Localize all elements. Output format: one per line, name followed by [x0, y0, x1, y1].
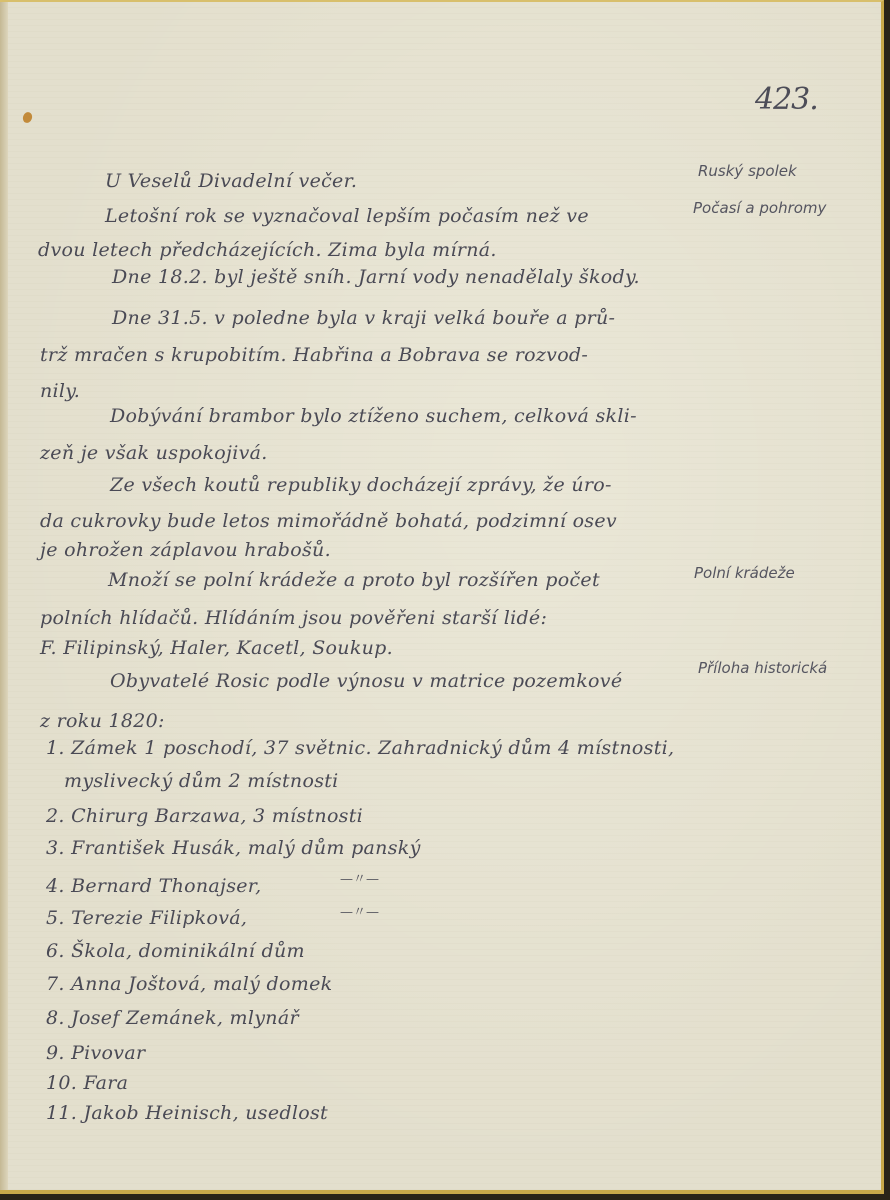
body-line: Dne 31.5. v poledne byla v kraji velká b…	[112, 307, 615, 329]
page-spine-edge	[0, 2, 8, 1190]
body-line: Dobývání brambor bylo ztíženo suchem, ce…	[110, 405, 637, 427]
body-line: z roku 1820:	[40, 710, 165, 732]
body-line: zeň je však uspokojivá.	[40, 442, 268, 464]
body-line: trž mračen s krupobitím. Habřina a Bobra…	[40, 344, 588, 366]
list-item: 6. Škola, dominikální dům	[46, 940, 305, 962]
body-line: je ohrožen záplavou hrabošů.	[40, 539, 331, 561]
margin-note-priloha-historicka: Příloha historická	[698, 659, 827, 677]
body-line: da cukrovky bude letos mimořádně bohatá,…	[40, 510, 617, 532]
body-line: Množí se polní krádeže a proto byl rozší…	[108, 569, 600, 591]
list-item: 3. František Husák, malý dům panský	[46, 837, 421, 859]
ink-stain	[21, 111, 33, 124]
body-line: polních hlídačů. Hlídáním jsou pověřeni …	[40, 607, 547, 629]
body-line: dvou letech předcházejících. Zima byla m…	[38, 239, 497, 261]
list-item: 1. Zámek 1 poschodí, 37 světnic. Zahradn…	[46, 737, 674, 759]
ditto-mark: —〃—	[340, 868, 379, 887]
list-item: 5. Terezie Filipková,	[46, 907, 247, 929]
body-line: Ze všech koutů republiky docházejí zpráv…	[110, 474, 612, 496]
list-item: 10. Fara	[46, 1072, 128, 1094]
margin-note-polni-kradeze: Polní krádeže	[694, 564, 795, 582]
body-line: Dne 18.2. byl ještě sníh. Jarní vody nen…	[112, 266, 640, 288]
margin-note-rusky-spolek: Ruský spolek	[698, 162, 797, 180]
list-item: 8. Josef Zemánek, mlynář	[46, 1007, 299, 1029]
body-line: F. Filipinský, Haler, Kacetl, Soukup.	[40, 637, 393, 659]
margin-note-pocasi: Počasí a pohromy	[693, 199, 826, 217]
body-line: Letošní rok se vyznačoval lepším počasím…	[105, 205, 589, 227]
list-item: 2. Chirurg Barzawa, 3 místnosti	[46, 805, 363, 827]
body-line: Obyvatelé Rosic podle výnosu v matrice p…	[110, 670, 622, 692]
body-line: nily.	[40, 380, 80, 402]
list-item: myslivecký dům 2 místnosti	[64, 770, 339, 792]
ditto-mark: —〃—	[340, 901, 379, 920]
manuscript-page: 423. Ruský spolek Počasí a pohromy Polní…	[0, 0, 884, 1194]
page-number: 423.	[755, 82, 818, 117]
list-item: 7. Anna Joštová, malý domek	[46, 973, 332, 995]
list-item: 9. Pivovar	[46, 1042, 145, 1064]
list-item: 4. Bernard Thonajser,	[46, 875, 261, 897]
body-line: U Veselů Divadelní večer.	[105, 170, 357, 192]
list-item: 11. Jakob Heinisch, usedlost	[46, 1102, 328, 1124]
